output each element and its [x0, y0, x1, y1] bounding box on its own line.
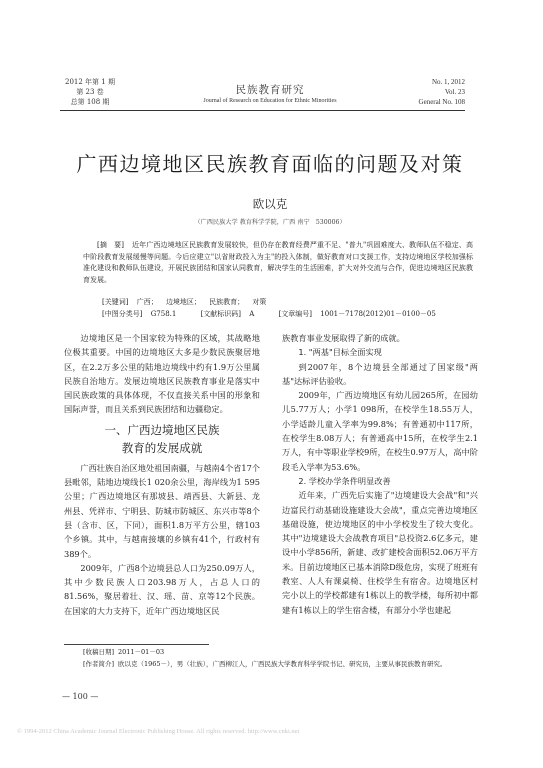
author-bio: [作者简介]欧以克（1965－），男（壮族），广西柳江人，广西民族大学教育科学学… [83, 659, 483, 670]
article-no-value: 1001－7178(2012)01－0100－05 [320, 310, 436, 318]
keywords-line: [关键词] 广西； 边境地区； 民族教育； 对策 [102, 297, 272, 307]
body-column-left: 边境地区是一个国家较为特殊的区域，其战略地位极其重要。中国的边境地区大多是少数民… [64, 331, 260, 618]
general-issue-line-en: General No. 108 [419, 97, 465, 107]
keywords-label: [关键词] [102, 298, 128, 306]
issue-line-en: No. 1, 2012 [419, 77, 465, 87]
general-issue-line: 总第 108 期 [62, 97, 118, 107]
author-name: 欧以克 [60, 196, 480, 212]
clc-value: G758.1 [151, 310, 177, 318]
abstract: [摘 要]近年广西边境地区民族教育发展较快，但仍存在教育经费严重不足、"普九"巩… [83, 240, 473, 286]
body-paragraph: 近年来，广西先后实施了"边境建设大会战"和"兴边富民行动基础设施建设大会战"，重… [282, 488, 478, 617]
body-column-right: 族教育事业发展取得了新的成就。 1. "两基"目标全面实现 到2007年，8个边… [282, 331, 478, 617]
article-no-label: [文章编号] [279, 310, 312, 318]
footnote-rule [64, 644, 209, 645]
doc-code-value: A [249, 310, 254, 318]
received-date: [收稿日期]2011－01－03 [83, 647, 483, 658]
keyword: 边境地区； [166, 298, 201, 306]
classification-line: [中图分类号] G758.1 [文献标识码] A [文章编号] 1001－717… [102, 309, 442, 319]
section-heading: 一、广西边境地区民族 教育的发展成就 [64, 421, 260, 457]
volume-line: 第 23 卷 [62, 87, 118, 97]
body-paragraph: 到2007年，8个边境县全部通过了国家级"两基"达标评估验收。 [282, 360, 478, 389]
author-affiliation: （广西民族大学 教育科学学院，广西 南宁 530006） [60, 217, 480, 226]
keyword: 民族教育； [209, 298, 244, 306]
clc-label: [中图分类号] [102, 310, 142, 318]
header-rule [60, 110, 465, 111]
issue-info: 2012 年第 1 期 第 23 卷 总第 108 期 [62, 77, 118, 107]
body-paragraph-continued: 族教育事业发展取得了新的成就。 [282, 331, 478, 345]
journal-name-cn: 民族教育研究 [140, 83, 400, 97]
body-paragraph: 2009年，广西边境地区有幼儿园265所，在园幼儿5.77万人；小学1 098所… [282, 388, 478, 474]
copyright-notice: © 1994-2012 China Academic Journal Elect… [17, 728, 299, 735]
received-label: [收稿日期] [83, 647, 118, 658]
keyword: 广西； [137, 298, 158, 306]
bio-text: 欧以克（1965－），男（壮族），广西柳江人，广西民族大学教育科学学院书记、研究… [118, 659, 473, 670]
issue-info-en: No. 1, 2012 Vol. 23 General No. 108 [419, 77, 465, 107]
keyword: 对策 [252, 298, 266, 306]
section-heading-line: 一、广西边境地区民族 [64, 421, 260, 439]
body-paragraph: 广西壮族自治区地处祖国南疆，与越南4个省17个县毗邻，陆地边境线长1 020余公… [64, 461, 260, 561]
subsection-heading: 1. "两基"目标全面实现 [282, 345, 478, 359]
journal-title: 民族教育研究 Journal of Research on Education … [140, 83, 400, 106]
subsection-heading: 2. 学校办学条件明显改善 [282, 474, 478, 488]
body-paragraph: 2009年，广西8个边境县总人口为250.09万人，其中少数民族人口203.98… [64, 561, 260, 618]
issue-line: 2012 年第 1 期 [62, 77, 118, 87]
abstract-text: 近年广西边境地区民族教育发展较快，但仍存在教育经费严重不足、"普九"巩固难度大、… [83, 241, 473, 284]
abstract-label: [摘 要] [97, 241, 124, 249]
volume-line-en: Vol. 23 [419, 87, 465, 97]
doc-code-label: [文献标识码] [201, 310, 241, 318]
journal-name-en: Journal of Research on Education for Eth… [140, 97, 400, 106]
page-number: — 100 — [62, 692, 98, 701]
article-title: 广西边境地区民族教育面临的问题及对策 [60, 148, 480, 177]
bio-label: [作者简介] [83, 659, 118, 670]
section-heading-line: 教育的发展成就 [64, 439, 260, 457]
received-value: 2011－01－03 [118, 648, 164, 656]
intro-paragraph: 边境地区是一个国家较为特殊的区域，其战略地位极其重要。中国的边境地区大多是少数民… [64, 331, 260, 417]
